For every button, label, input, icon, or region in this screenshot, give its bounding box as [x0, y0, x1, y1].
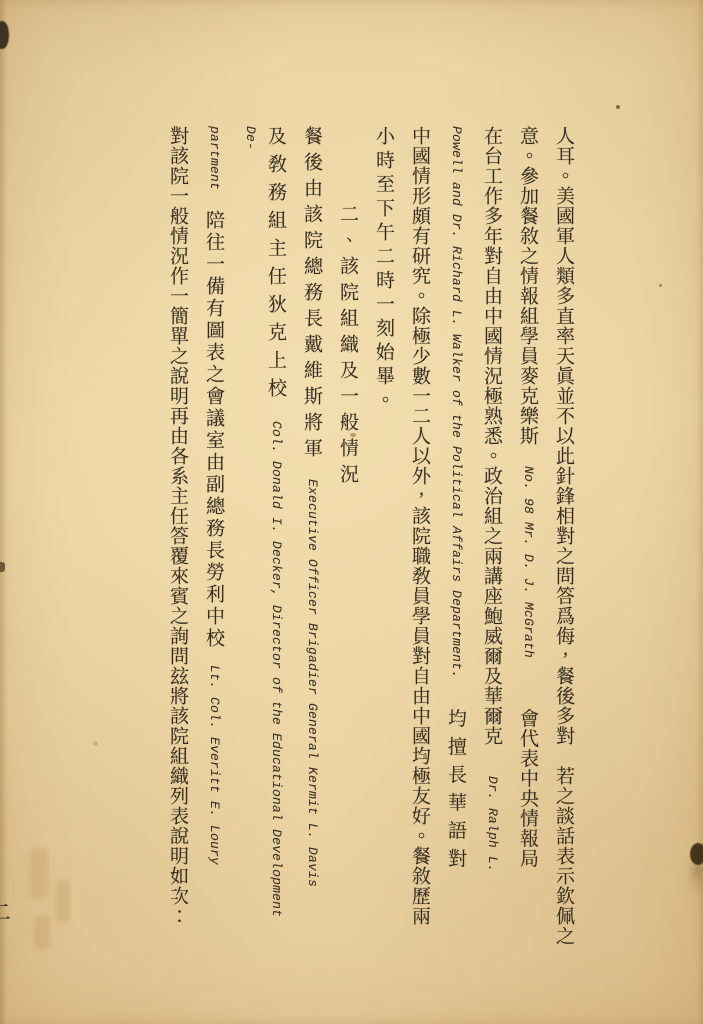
paper-speck: [93, 741, 98, 746]
latin-text-segment: Executive Officer Brigadier General Kerm…: [305, 479, 320, 887]
bleed-through-mark: [30, 848, 48, 898]
cjk-text-segment: 會代表中央情報局: [517, 708, 539, 868]
text-column-8: 餐後由該院總務長戴維斯將軍Executive Officer Brigadier…: [299, 126, 325, 948]
document-text-block: 人耳。美國軍人類多直率天眞並不以此針鋒相對之問答爲侮，餐後多對 若之談話表示欽佩…: [155, 126, 577, 948]
page-number: 二: [0, 896, 11, 927]
latin-text-segment: Lt. Col. Everitt E. Loury: [207, 665, 222, 865]
paper-speck: [350, 433, 356, 437]
text-column-9: 及敎務組主任狄克上校Col. Donald I. Decker, Directo…: [237, 126, 289, 948]
text-column-3: 在台工作多年對自由中國情況極熟悉。政治組之兩講座鮑威爾及華爾克Dr. Ralph…: [479, 126, 505, 948]
latin-text-segment: Powell and Dr. Richard L. Walker of the …: [449, 126, 464, 678]
section-heading-column: 二、該院組織及一般情況: [335, 204, 361, 948]
cjk-text-segment: 小時至下午二時一刻始畢。: [373, 126, 395, 414]
text-column-10: partment陪往一備有圖表之會議室由副總務長勞利中校Lt. Col. Eve…: [201, 126, 227, 948]
paper-speck: [659, 284, 662, 287]
text-column-2: 意。參加餐敘之情報組學員麥克樂斯No. 98 Mr. D. J. McGrath…: [515, 126, 541, 948]
text-column-5: 中國情形頗有研究。除極少數一二人以外，該院職敎員學員對自由中國均極友好。餐敘歷兩: [407, 126, 433, 948]
text-column-6: 小時至下午二時一刻始畢。: [371, 126, 397, 948]
cjk-text-segment: 及敎務組主任狄克上校: [265, 126, 287, 406]
text-column-1: 人耳。美國軍人類多直率天眞並不以此針鋒相對之問答爲侮，餐後多對 若之談話表示欽佩…: [551, 126, 577, 948]
cjk-text-segment: 對該院一般情況作一簡單之說明再由各系主任答覆來賓之詢問玆將該院組織列表說明如次：: [167, 126, 189, 926]
ink-blot-right-edge: [690, 843, 703, 865]
bleed-through-mark: [34, 916, 50, 950]
cjk-text-segment: 意。參加餐敘之情報組學員麥克樂斯: [517, 126, 539, 446]
latin-text-segment: No. 98 Mr. D. J. McGrath: [521, 466, 536, 658]
cjk-text-segment: 餐後由該院總務長戴維斯將軍: [301, 126, 323, 464]
cjk-text-segment: 均擅長華語對: [445, 708, 467, 876]
latin-text-segment: partment: [207, 126, 222, 190]
cjk-text-segment: 陪往一備有圖表之會議室由副總務長勞利中校: [203, 210, 225, 650]
text-column-11: 對該院一般情況作一簡單之說明再由各系主任答覆來賓之詢問玆將該院組織列表說明如次：: [165, 126, 191, 948]
cjk-text-segment: 中國情形頗有研究。除極少數一二人以外，該院職敎員學員對自由中國均極友好。餐敘歷兩: [409, 126, 431, 926]
paper-speck: [423, 755, 427, 759]
latin-text-segment: Dr. Ralph L.: [485, 776, 500, 872]
scanned-document-page: 人耳。美國軍人類多直率天眞並不以此針鋒相對之問答爲侮，餐後多對 若之談話表示欽佩…: [0, 0, 703, 1024]
ink-smudge-top-left: [0, 21, 9, 49]
ink-speck-left-edge: [0, 562, 5, 572]
cjk-text-segment: 人耳。美國軍人類多直率天眞並不以此針鋒相對之問答爲侮，餐後多對 若之談話表示欽佩…: [553, 126, 575, 946]
paper-speck: [616, 105, 620, 109]
section-heading-text: 二、該院組織及一般情況: [337, 204, 359, 490]
cjk-text-segment: 在台工作多年對自由中國情況極熟悉。政治組之兩講座鮑威爾及華爾克: [481, 126, 503, 746]
bleed-through-mark: [56, 880, 70, 922]
text-column-4: Powell and Dr. Richard L. Walker of the …: [443, 126, 469, 948]
